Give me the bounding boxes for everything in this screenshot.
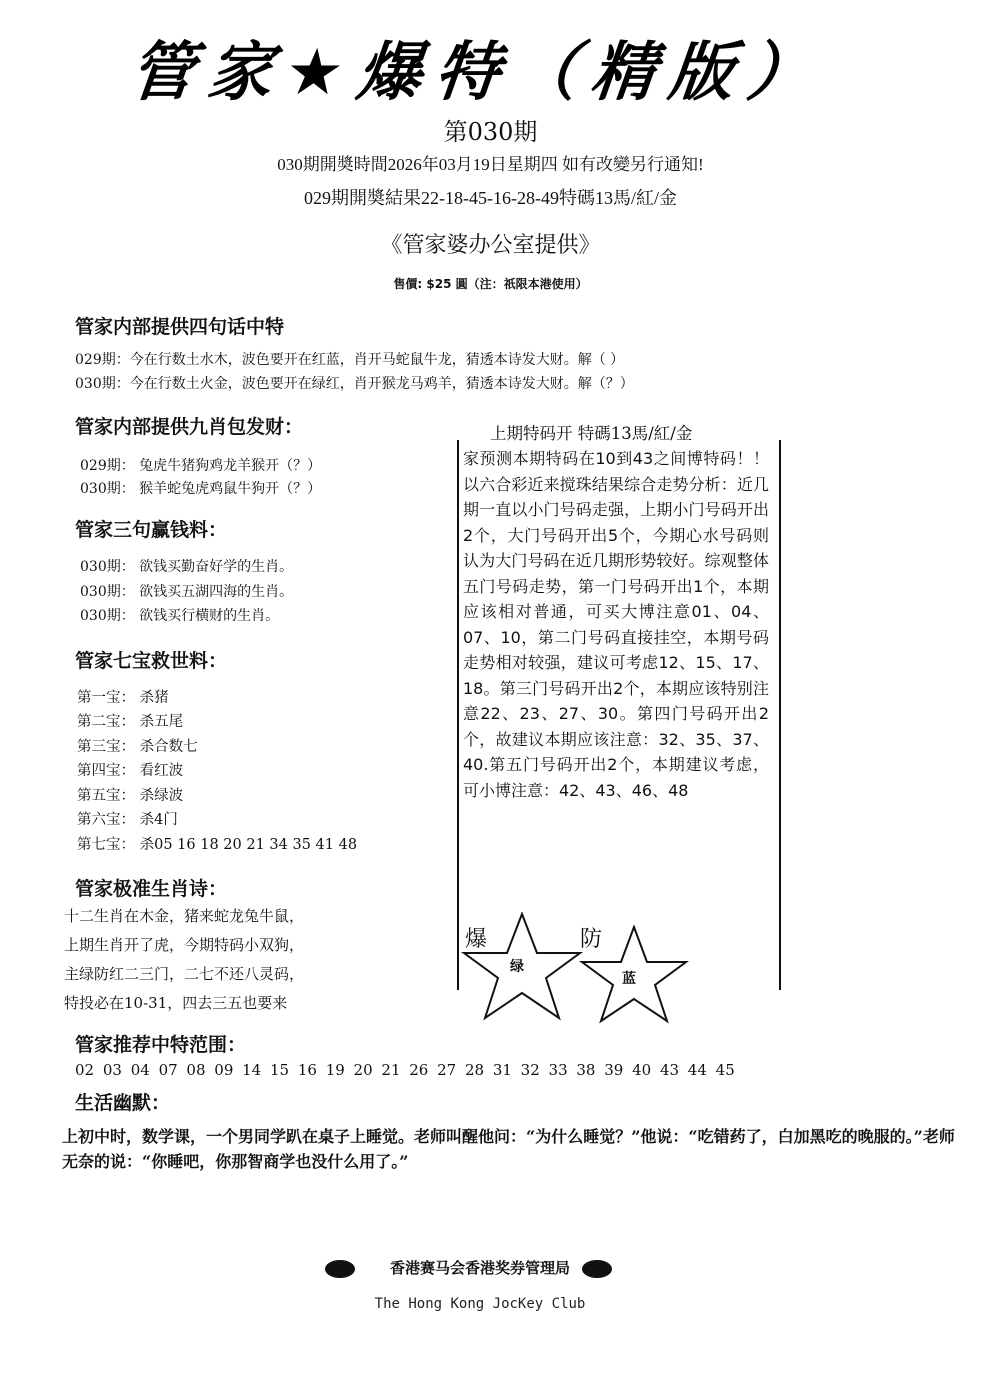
analysis-panel-head: 上期特码开 特碼13馬/紅/金: [490, 420, 692, 444]
range-numbers: 02 03 04 07 08 09 14 15 16 19 20 21 26 2…: [75, 1061, 735, 1079]
treasure-item: 第五宝： 杀绿波: [77, 784, 183, 809]
three-lines-item: 030期： 欲钱买勤奋好学的生肖。: [80, 555, 293, 579]
seven-treasures-heading: 管家七宝救世料：: [75, 646, 227, 673]
range-heading: 管家推荐中特范围：: [75, 1030, 246, 1057]
draw-time: 030期開奬時間2026年03月19日星期四 如有改變另行通知!: [0, 150, 981, 175]
four-lines-item: 029期：今在行数土水木，波色要开在红蓝，肖开马蛇鼠牛龙，猜透本诗发大财。解（ …: [75, 348, 624, 372]
poem-line: 十二生肖在木金，猪来蛇龙兔牛鼠，: [64, 904, 304, 928]
four-lines-heading: 管家内部提供四句话中特: [75, 312, 284, 339]
nine-zodiac-item: 030期： 猴羊蛇兔虎鸡鼠牛狗开（？）: [80, 477, 321, 501]
poem-line: 特投必在10-31，四去三五也要来: [64, 991, 287, 1015]
footer-org-en: The Hong Kong JocKey Club: [330, 1296, 630, 1312]
treasure-item: 第一宝： 杀猪: [77, 686, 169, 711]
poem-heading: 管家极准生肖诗：: [75, 874, 227, 901]
nine-zodiac-heading: 管家内部提供九肖包发财：: [75, 412, 303, 439]
bao-color: 绿: [510, 956, 524, 976]
issue-number: 第030期: [0, 112, 981, 147]
poem-line: 主绿防红二三门，二七不还八灵码，: [64, 962, 304, 986]
three-lines-item: 030期： 欲钱买行横财的生肖。: [80, 604, 279, 628]
fang-color: 蓝: [622, 968, 636, 988]
humor-text: 上初中时，数学课，一个男同学趴在桌子上睡觉。老师叫醒他问：“为什么睡觉？”他说：…: [62, 1124, 962, 1174]
treasure-item: 第二宝： 杀五尾: [77, 710, 183, 735]
provider: 《管家婆办公室提供》: [0, 228, 981, 259]
footer-org-cn: 香港赛马会香港奖券管理局: [330, 1257, 630, 1278]
four-lines-item: 030期：今在行数土火金，波色要开在绿红，肖开猴龙马鸡羊，猜透本诗发大财。解（？…: [75, 372, 634, 396]
analysis-panel-body: 家预测本期特码在10到43之间博特码！！ 以六合彩近来搅珠结果综合走势分析：近几…: [463, 446, 769, 803]
nine-zodiac-item: 029期： 兔虎牛猪狗鸡龙羊猴开（？）: [80, 454, 321, 478]
three-lines-heading: 管家三句赢钱料：: [75, 515, 227, 542]
poem-line: 上期生肖开了虎，今期特码小双狗，: [64, 933, 304, 957]
last-result: 029期開奬結果22-18-45-16-28-49特碼13馬/紅/金: [0, 184, 981, 210]
treasure-item: 第四宝： 看红波: [77, 759, 183, 784]
three-lines-item: 030期： 欲钱买五湖四海的生肖。: [80, 580, 293, 604]
treasure-item: 第六宝： 杀4门: [77, 808, 178, 833]
page-title: 管家★爆特（精版）: [125, 28, 834, 118]
price-note: 售價: $25 圓（注：祇限本港使用）: [0, 275, 981, 292]
treasure-item: 第三宝： 杀合数七: [77, 735, 198, 760]
humor-heading: 生活幽默：: [75, 1088, 170, 1115]
treasure-item: 第七宝： 杀05 16 18 20 21 34 35 41 48: [77, 833, 357, 858]
